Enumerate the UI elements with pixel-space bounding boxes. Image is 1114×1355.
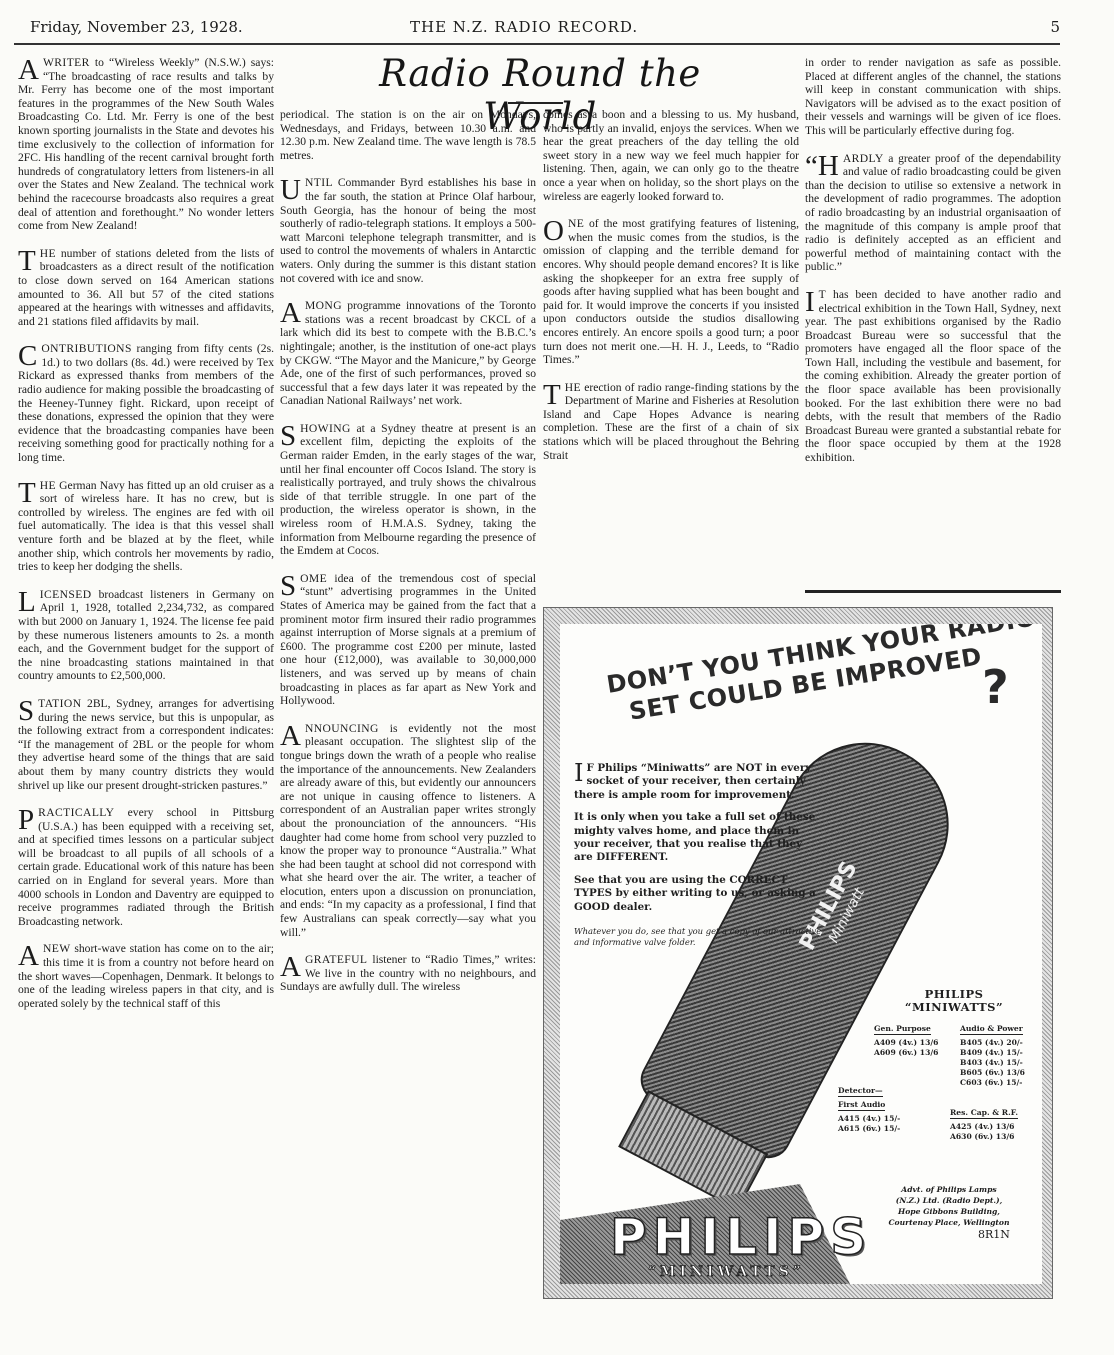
- drop-cap: A: [280, 955, 301, 979]
- column-1: AWRITER to “Wireless Weekly” (N.S.W.) sa…: [18, 56, 274, 1024]
- price-item: C603 (6v.) 15/-: [960, 1078, 1025, 1088]
- lead-in: NEW: [43, 942, 71, 955]
- issue-date: Friday, November 23, 1928.: [30, 18, 243, 36]
- paragraph-text: is evidently not the most pleasant occup…: [280, 722, 536, 939]
- price-item: B403 (4v.) 15/-: [960, 1058, 1025, 1068]
- column-4: in order to render navigation as safe as…: [805, 56, 1061, 479]
- article-paragraph: AMONG programme innovations of the Toron…: [280, 299, 536, 408]
- paragraph-text: broadcast listeners in Germany on April …: [18, 588, 274, 683]
- lead-in: ARDLY: [843, 152, 884, 165]
- paragraph-text: in order to render navigation as safe as…: [805, 56, 1061, 137]
- title-rule: [508, 102, 563, 104]
- ad-headline: DON’T YOU THINK YOUR RADIO SET COULD BE …: [572, 624, 1036, 644]
- miniwatts-logo: “MINIWATTS”: [648, 1264, 805, 1280]
- price-item: A609 (6v.) 13/6: [874, 1048, 938, 1058]
- price-item: A630 (6v.) 13/6: [950, 1132, 1018, 1142]
- price-item: A415 (4v.) 15/-: [838, 1114, 900, 1124]
- article-paragraph: PRACTICALLY every school in Pittsburg (U…: [18, 806, 274, 928]
- advertiser-address: Advt. of Philips Lamps (N.Z.) Ltd. (Radi…: [860, 1184, 1038, 1228]
- article-paragraph: IT has been decided to have another radi…: [805, 288, 1061, 465]
- ad-copy: IF Philips “Miniwatts” are NOT in every …: [574, 762, 824, 957]
- lead-in: HE: [40, 479, 56, 492]
- drop-cap: S: [18, 699, 34, 723]
- drop-cap: O: [543, 219, 564, 243]
- drop-cap: U: [280, 178, 301, 202]
- article-paragraph: CONTRIBUTIONS ranging from fifty cents (…: [18, 342, 274, 464]
- paragraph-text: German Navy has fitted up an old cruiser…: [18, 479, 274, 574]
- page-header: Friday, November 23, 1928. THE N.Z. RADI…: [30, 18, 1060, 40]
- res-cap-section: Res. Cap. & R.F. A425 (4v.) 13/6 A630 (6…: [950, 1108, 1018, 1142]
- column-2: periodical. The station is on the air on…: [280, 108, 536, 1008]
- ad-paragraph: IF Philips “Miniwatts” are NOT in every …: [574, 762, 824, 802]
- article-paragraph: SHOWING at a Sydney theatre at present i…: [280, 422, 536, 558]
- price-list: PHILIPS “MINIWATTS” Gen. Purpose A409 (4…: [860, 988, 1038, 1174]
- paragraph-text: of the most gratifying features of liste…: [543, 217, 799, 366]
- lead-in: NE: [568, 217, 584, 230]
- paragraph-text: programme innovations of the Toronto sta…: [280, 299, 536, 407]
- ad-paragraph: It is only when you take a full set of t…: [574, 811, 824, 865]
- paragraph-text: idea of the tremendous cost of special “…: [280, 572, 536, 707]
- article-paragraph: ANEW short-wave station has come on to t…: [18, 942, 274, 1010]
- price-grid: Gen. Purpose A409 (4v.) 13/6 A609 (6v.) …: [860, 1024, 1038, 1174]
- article-paragraph: LICENSED broadcast listeners in Germany …: [18, 588, 274, 683]
- paragraph-text: 2BL, Sydney, arranges for advertising du…: [18, 697, 274, 792]
- article-paragraph: AWRITER to “Wireless Weekly” (N.S.W.) sa…: [18, 56, 274, 233]
- drop-cap: I: [574, 763, 583, 783]
- column-end-rule: [805, 590, 1061, 593]
- ad-code: 8R1N: [978, 1228, 1010, 1241]
- article-paragraph: SOME idea of the tremendous cost of spec…: [280, 572, 536, 708]
- lead-in: NTIL: [305, 176, 333, 189]
- header-rule: [14, 43, 1060, 45]
- lead-in: TATION: [38, 697, 81, 710]
- lead-in: RACTICALLY: [38, 806, 114, 819]
- article-paragraph: ANNOUNCING is evidently not the most ple…: [280, 722, 536, 940]
- drop-cap: A: [280, 301, 301, 325]
- article-paragraph: in order to render navigation as safe as…: [805, 56, 1061, 138]
- paragraph-text: number of stations deleted from the list…: [18, 247, 274, 328]
- ad-fine-print: Whatever you do, see that you get a copy…: [574, 926, 824, 948]
- philips-advertisement: DON’T YOU THINK YOUR RADIO SET COULD BE …: [543, 607, 1053, 1299]
- publication-name: THE N.Z. RADIO RECORD.: [410, 18, 638, 36]
- price-item: B405 (4v.) 20/-: [960, 1038, 1025, 1048]
- lead-in: GRATEFUL: [305, 953, 367, 966]
- lead-in: OME: [300, 572, 327, 585]
- paragraph-text: a greater proof of the dependability and…: [805, 152, 1061, 274]
- lead-in: HE: [40, 247, 56, 260]
- lead-in: ONTRIBUTIONS: [41, 342, 131, 355]
- lead-in: HOWING: [300, 422, 351, 435]
- article-paragraph: “HARDLY a greater proof of the dependabi…: [805, 152, 1061, 274]
- drop-cap: S: [280, 424, 296, 448]
- paragraph-text: to “Wireless Weekly” (N.S.W.) says: “The…: [18, 56, 274, 232]
- detector-section: Detector— First Audio A415 (4v.) 15/- A6…: [838, 1086, 900, 1134]
- price-item: A409 (4v.) 13/6: [874, 1038, 938, 1048]
- philips-logo: PHILIPS: [610, 1208, 872, 1266]
- paragraph-text: Commander Byrd establishes his base in t…: [280, 176, 536, 284]
- drop-cap: “H: [805, 154, 839, 178]
- drop-cap: I: [805, 290, 815, 314]
- section-heading: Res. Cap. & R.F.: [950, 1108, 1018, 1119]
- paragraph-text: erection of radio range-finding stations…: [543, 381, 799, 462]
- price-item: A615 (6v.) 15/-: [838, 1124, 900, 1134]
- article-paragraph: AGRATEFUL listener to “Radio Times,” wri…: [280, 953, 536, 994]
- drop-cap: S: [280, 574, 296, 598]
- audio-power-section: Audio & Power B405 (4v.) 20/- B409 (4v.)…: [960, 1024, 1025, 1088]
- paragraph-text: ranging from fifty cents (2s. 1d.) to tw…: [18, 342, 274, 464]
- paragraph-text: every school in Pittsburg (U.S.A.) has b…: [18, 806, 274, 928]
- section-heading: Gen. Purpose: [874, 1024, 931, 1035]
- article-paragraph: THE erection of radio range-finding stat…: [543, 381, 799, 463]
- gen-purpose-section: Gen. Purpose A409 (4v.) 13/6 A609 (6v.) …: [874, 1024, 938, 1058]
- paragraph-text: at a Sydney theatre at present is an exc…: [280, 422, 536, 557]
- price-list-subtitle: “MINIWATTS”: [870, 1001, 1038, 1014]
- drop-cap: P: [18, 808, 34, 832]
- paragraph-text: has been decided to have another radio a…: [805, 288, 1061, 464]
- lead-in: ICENSED: [40, 588, 92, 601]
- drop-cap: L: [18, 590, 36, 614]
- drop-cap: A: [18, 58, 39, 82]
- question-mark: ?: [982, 660, 1009, 714]
- drop-cap: T: [18, 481, 36, 505]
- lead-in: WRITER: [43, 56, 90, 69]
- ad-panel: DON’T YOU THINK YOUR RADIO SET COULD BE …: [560, 624, 1042, 1284]
- section-heading: Audio & Power: [960, 1024, 1023, 1035]
- article-paragraph: periodical. The station is on the air on…: [280, 108, 536, 162]
- section-subheading: First Audio: [838, 1100, 885, 1111]
- price-item: B409 (4v.) 15/-: [960, 1048, 1025, 1058]
- drop-cap: A: [280, 724, 301, 748]
- lead-in: MONG: [305, 299, 342, 312]
- article-paragraph: THE German Navy has fitted up an old cru…: [18, 479, 274, 574]
- section-heading: Detector—: [838, 1086, 883, 1097]
- drop-cap: T: [18, 249, 36, 273]
- lead-in: HE: [565, 381, 581, 394]
- paragraph-text: comes as a boon and a blessing to us. My…: [543, 108, 799, 203]
- price-item: B605 (6v.) 13/6: [960, 1068, 1025, 1078]
- article-paragraph: ONE of the most gratifying features of l…: [543, 217, 799, 367]
- article-paragraph: comes as a boon and a blessing to us. My…: [543, 108, 799, 203]
- drop-cap: A: [18, 944, 39, 968]
- paragraph-text: periodical. The station is on the air on…: [280, 108, 536, 162]
- drop-cap: C: [18, 344, 37, 368]
- page-number: 5: [1050, 18, 1060, 36]
- column-3: comes as a boon and a blessing to us. My…: [543, 108, 799, 476]
- price-item: A425 (4v.) 13/6: [950, 1122, 1018, 1132]
- drop-cap: T: [543, 383, 561, 407]
- lead-in: NNOUNCING: [305, 722, 379, 735]
- article-paragraph: STATION 2BL, Sydney, arranges for advert…: [18, 697, 274, 792]
- article-paragraph: UNTIL Commander Byrd establishes his bas…: [280, 176, 536, 285]
- ad-paragraph: See that you are using the CORRECT TYPES…: [574, 874, 824, 914]
- article-paragraph: THE number of stations deleted from the …: [18, 247, 274, 329]
